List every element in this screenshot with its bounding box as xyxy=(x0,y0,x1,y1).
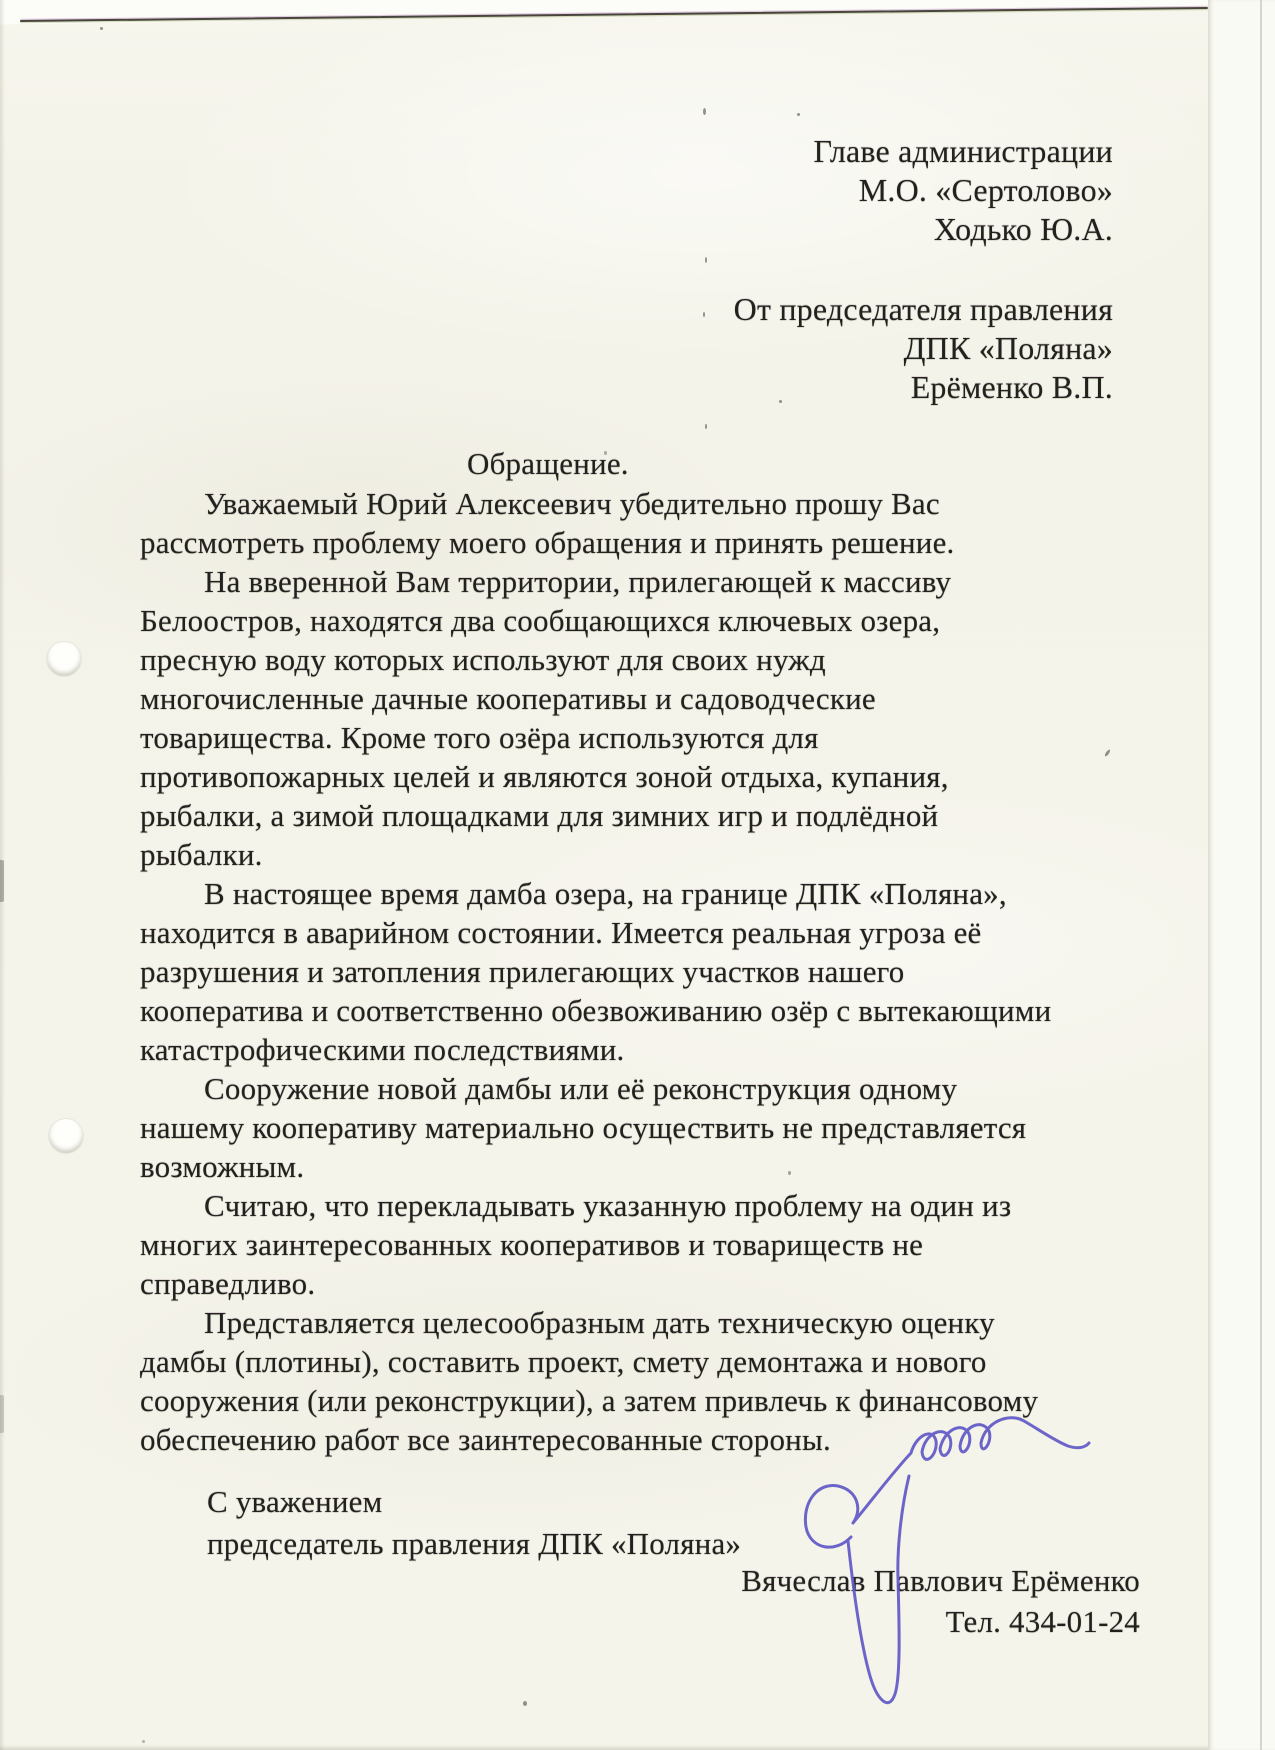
left-edge-mark xyxy=(0,860,4,902)
letter-body: Уважаемый Юрий Алексеевич убедительно пр… xyxy=(140,484,1115,1459)
sender-block: От председателя правленияДПК «Поляна»Ерё… xyxy=(734,290,1113,407)
scan-speck xyxy=(703,108,706,115)
sender-line: ДПК «Поляна» xyxy=(734,329,1113,368)
scanned-letter-page: Главе администрацииМ.О. «Сертолово»Ходьк… xyxy=(0,0,1275,1750)
scan-speck xyxy=(523,1701,527,1706)
body-line: дамбы (плотины), составить проект, смету… xyxy=(140,1342,1115,1381)
body-line: разрушения и затопления прилегающих учас… xyxy=(140,952,1115,991)
body-line: Сооружение новой дамбы или её реконструк… xyxy=(140,1069,1115,1108)
body-line: Уважаемый Юрий Алексеевич убедительно пр… xyxy=(140,484,1115,523)
body-line: Представляется целесообразным дать техни… xyxy=(140,1303,1115,1342)
paper-bottom-edge-shadow xyxy=(0,1745,1208,1750)
scan-speck xyxy=(142,1740,145,1743)
body-line: Белоостров, находятся два сообщающихся к… xyxy=(140,601,1115,640)
body-line: обеспечению работ все заинтересованные с… xyxy=(140,1420,1115,1459)
body-line: справедливо. xyxy=(140,1264,1115,1303)
scan-speck xyxy=(705,424,707,429)
body-line: находится в аварийном состоянии. Имеется… xyxy=(140,913,1115,952)
recipient-line: Главе администрации xyxy=(814,132,1113,171)
scan-speck xyxy=(703,312,705,317)
scanner-gutter-line xyxy=(1260,0,1262,1750)
closing-regards: С уважением xyxy=(207,1484,382,1520)
closing-position: председатель правления ДПК «Поляна» xyxy=(207,1526,741,1562)
letter-title: Обращение. xyxy=(467,446,629,482)
body-line: Считаю, что перекладывать указанную проб… xyxy=(140,1186,1115,1225)
scanner-right-gutter xyxy=(1208,0,1275,1750)
scan-speck xyxy=(100,27,103,30)
body-line: катастрофическими последствиями. xyxy=(140,1030,1115,1069)
body-line: рыбалки. xyxy=(140,835,1115,874)
body-line: рассмотреть проблему моего обращения и п… xyxy=(140,523,1115,562)
body-line: многих заинтересованных кооперативов и т… xyxy=(140,1225,1115,1264)
signature-strokes xyxy=(805,1418,1089,1703)
body-line: На вверенной Вам территории, прилегающей… xyxy=(140,562,1115,601)
recipient-block: Главе администрацииМ.О. «Сертолово»Ходьк… xyxy=(814,132,1113,249)
body-line: В настоящее время дамба озера, на границ… xyxy=(140,874,1115,913)
body-line: многочисленные дачные кооперативы и садо… xyxy=(140,679,1115,718)
sender-line: Ерёменко В.П. xyxy=(734,368,1113,407)
body-line: противопожарных целей и являются зоной о… xyxy=(140,757,1115,796)
body-line: кооператива и соответственно обезвоживан… xyxy=(140,991,1115,1030)
body-line: товарищества. Кроме того озёра использую… xyxy=(140,718,1115,757)
body-line: рыбалки, а зимой площадками для зимних и… xyxy=(140,796,1115,835)
body-line: возможным. xyxy=(140,1147,1115,1186)
scan-speck xyxy=(797,113,800,116)
body-line: пресную воду которых используют для свои… xyxy=(140,640,1115,679)
left-edge-mark xyxy=(0,1395,4,1433)
body-line: нашему кооперативу материально осуществи… xyxy=(140,1108,1115,1147)
sender-line: От председателя правления xyxy=(734,290,1113,329)
punch-hole xyxy=(47,642,81,676)
closing-phone: Тел. 434-01-24 xyxy=(946,1604,1140,1640)
scan-speck xyxy=(705,257,707,263)
body-line: сооружения (или реконструкции), а затем … xyxy=(140,1381,1115,1420)
punch-hole xyxy=(49,1119,83,1153)
closing-name: Вячеслав Павлович Ерёменко xyxy=(741,1563,1140,1599)
recipient-line: Ходько Ю.А. xyxy=(814,210,1113,249)
recipient-line: М.О. «Сертолово» xyxy=(814,171,1113,210)
